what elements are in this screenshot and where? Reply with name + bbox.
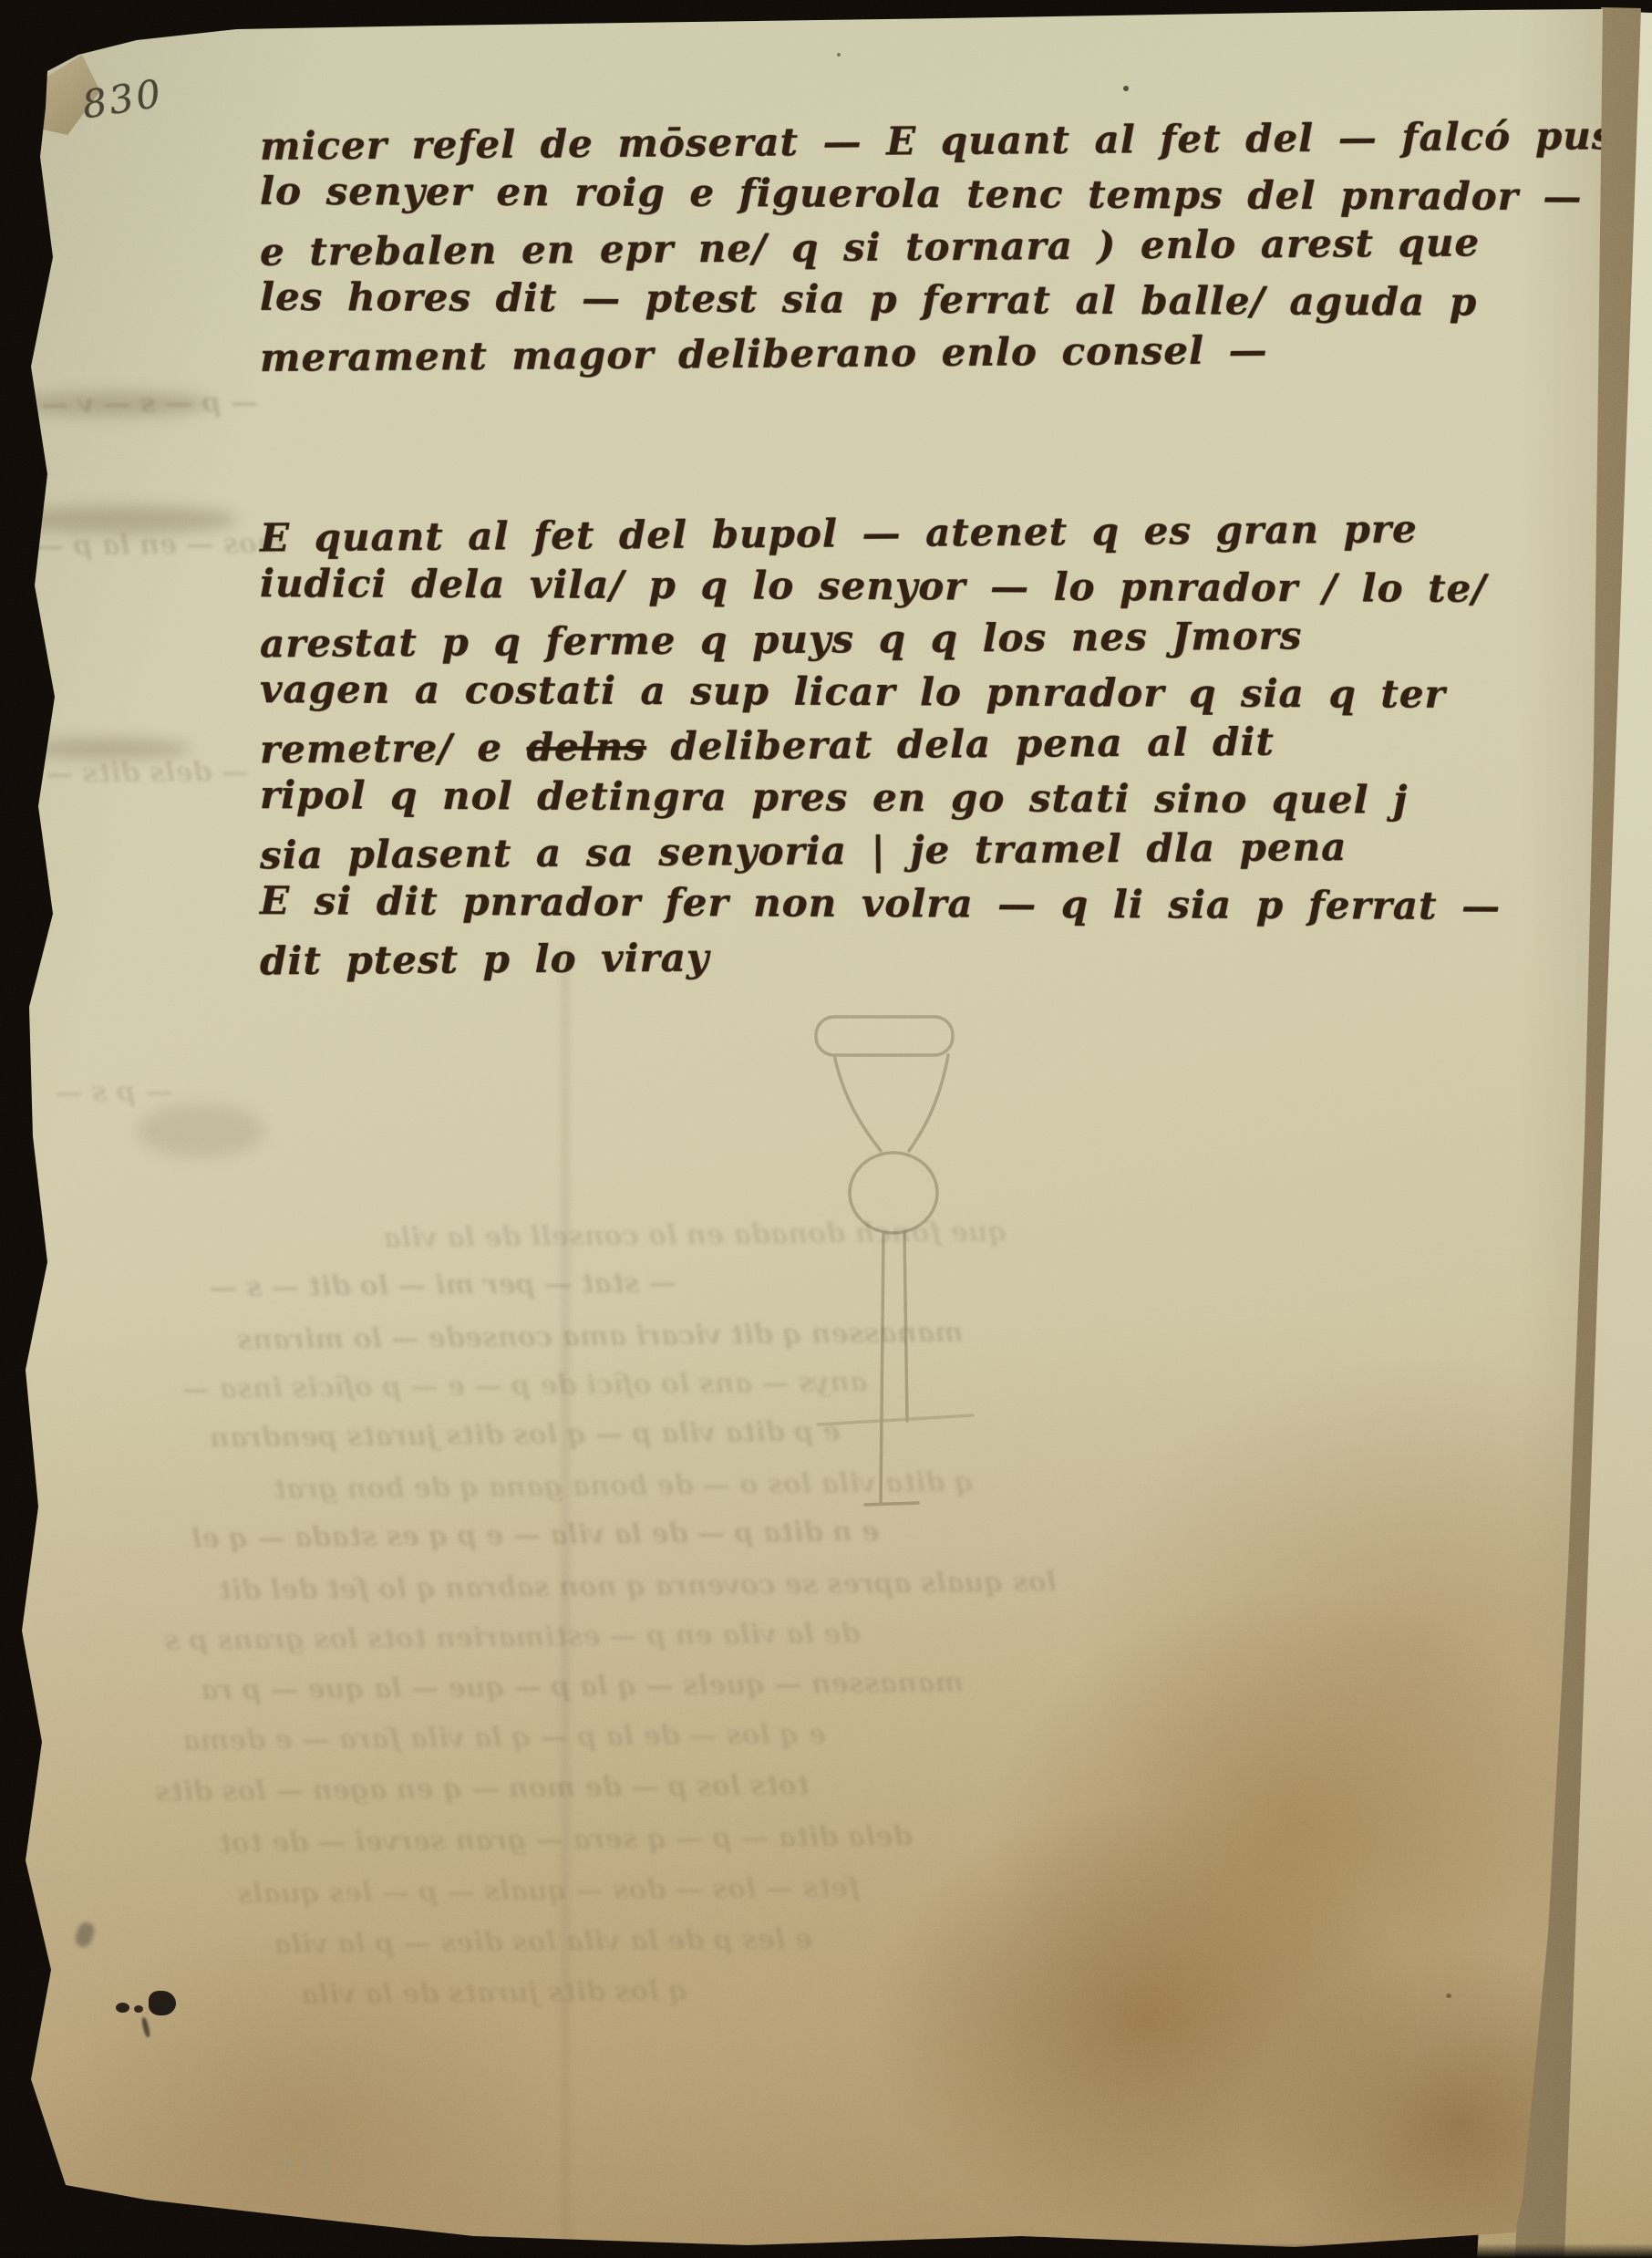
manuscript-line: E si dit pnrador fer non volra — q li si… — [260, 876, 1501, 935]
ink-speck — [1123, 86, 1129, 91]
bleedthrough-line: mos — en la p — — [36, 528, 286, 563]
bleedthrough-line: — p s — — [55, 1075, 173, 1108]
bleedthrough-line: q los dits jurats de la vila — [301, 1975, 688, 2011]
manuscript-page: 830 micer refel de mōserat — E quant al … — [0, 0, 1652, 2258]
manuscript-line: micer refel de mōserat — E quant al fet … — [260, 111, 1615, 175]
ink-speck — [1446, 1994, 1451, 1998]
manuscript-line: iudici dela vila/ p q lo senyor — lo pnr… — [260, 559, 1501, 617]
smudge — [27, 739, 191, 759]
smudge — [137, 1103, 264, 1158]
bleedthrough-line: de la vila en p — estimarien tots los gr… — [164, 1618, 861, 1657]
bleedthrough-line: los quals apres se covenra q non sabran … — [219, 1566, 1057, 1607]
ink-speck — [837, 53, 841, 57]
ink-blot — [116, 2003, 129, 2013]
bleedthrough-line: anys — ans lo ofici de p — e — p oficis … — [182, 1366, 868, 1405]
bleedthrough-line: fets — los — dos — quals — p — les quals — [237, 1871, 861, 1910]
manuscript-scan: 830 micer refel de mōserat — E quant al … — [0, 0, 1652, 2258]
manuscript-line: dit ptest p lo viray — [260, 927, 1501, 990]
bleedthrough-line: — stat — per mi — lo dit — s — — [210, 1267, 676, 1303]
bleedthrough-sketch — [780, 994, 1017, 1523]
photo-bottom-border — [0, 2243, 1652, 2258]
faint-folio-number: 911 — [272, 2141, 340, 2184]
bleedthrough-line: e q los — de la p — q la vila fara — e d… — [182, 1718, 826, 1756]
bleedthrough-line: e n dita p — de la vila — e p q es stada… — [191, 1516, 880, 1555]
bleedthrough-line: — dels dits — — [46, 756, 249, 790]
bleedthrough-line: manassen — quels — q la p — que — la que… — [201, 1667, 964, 1707]
manuscript-line: e trebalen en epr ne/ q si tornara ) enl… — [260, 217, 1615, 281]
manuscript-line: vagen a costati a sup licar lo pnrador q… — [260, 665, 1501, 723]
ink-blot — [134, 2005, 143, 2013]
bleedthrough-line: tots los p — de mon — q en agen — los di… — [155, 1769, 810, 1808]
manuscript-line: arestat p q ferme q puys q q los nes Jmo… — [260, 610, 1501, 673]
manuscript-line: ripol q nol detingra pres en go stati si… — [260, 771, 1501, 829]
manuscript-line: sia plasent a sa senyoria | je tramel dl… — [260, 822, 1501, 885]
bleedthrough-line: e p dita vila p — q los dits jurats pend… — [210, 1415, 841, 1454]
manuscript-line: lo senyer en roig e figuerola tenc temps… — [260, 167, 1615, 225]
ink-blot — [149, 1991, 176, 2015]
smudge — [9, 506, 237, 533]
smudge — [18, 392, 210, 416]
ink-smudge — [73, 1921, 97, 1950]
bleedthrough-line: e les p de la vila los dies — p la vila — [274, 1923, 812, 1961]
ink-smudge — [140, 2017, 150, 2038]
handwriting-paragraph-1: micer refel de mōserat — E quant al fet … — [260, 117, 1614, 381]
manuscript-line: merament magor deliberano enlo consel — — [260, 323, 1615, 387]
manuscript-line: E quant al fet del bupol — atenet q es g… — [260, 504, 1501, 567]
manuscript-line: les hores dit — ptest sia p ferrat al ba… — [260, 273, 1615, 331]
bleedthrough-line: dela dita — p — q sera — gran servei — d… — [219, 1820, 913, 1859]
handwriting-paragraph-2: E quant al fet del bupol — atenet q es g… — [260, 509, 1501, 985]
manuscript-line: remetre/ e delns deliberat dela pena al … — [260, 716, 1501, 779]
